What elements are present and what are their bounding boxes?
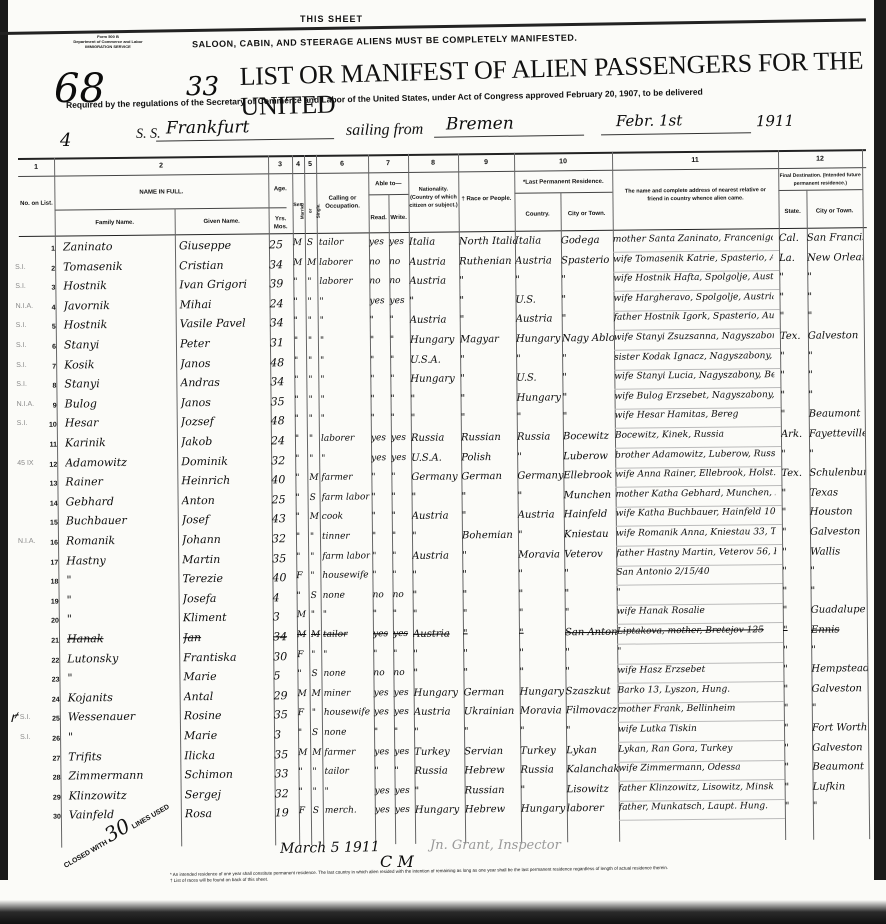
cell-age: 35	[270, 395, 294, 408]
cell-state: "	[780, 350, 808, 361]
manifest-table: 1 2 3 4 5 6 7 8 9 10 11 12 No. on List. …	[18, 149, 873, 848]
cell-relative: mother Santa Zaninato, Francenigo, Itali…	[613, 233, 773, 245]
cell-given: Mihai	[179, 297, 269, 311]
cell-country: U.S.	[516, 372, 562, 383]
cell-write: yes	[394, 688, 414, 698]
cell-relative: Lykan, Ran Gora, Turkey	[618, 743, 778, 755]
cell-family: "	[67, 592, 175, 606]
cell-marital: "	[309, 414, 319, 424]
cell-age: 43	[272, 513, 296, 526]
date-blank	[601, 132, 751, 135]
cell-read: "	[370, 374, 390, 384]
header-relative: The name and complete address of nearest…	[618, 186, 772, 204]
cell-city: Ellebrook	[563, 470, 615, 482]
header-write: Write.	[389, 214, 409, 222]
cell-given: Janos	[180, 356, 270, 370]
inspector-signature: Jn. Grant, Inspector	[430, 838, 561, 853]
cell-write: "	[394, 766, 414, 776]
cell-given: Jakob	[181, 434, 271, 448]
row-number: 15	[44, 520, 58, 527]
cell-dest: Hempstead	[811, 663, 867, 675]
sailing-date: Febr. 1st	[616, 111, 683, 130]
cell-nationality: "	[414, 726, 464, 738]
cell-race: "	[460, 314, 516, 326]
cell-family: Kojanits	[68, 690, 176, 704]
col-number-5: 5	[304, 161, 316, 168]
col-number-9: 9	[458, 159, 514, 167]
cell-nationality: Austria	[409, 256, 459, 268]
header-given-name: Given Name.	[175, 217, 269, 226]
cell-family: Romanik	[66, 533, 174, 547]
cell-write: yes	[391, 433, 411, 443]
cell-relative: wife Stanyi Zsuzsanna, Nagyszabony, Hung…	[614, 331, 774, 343]
cell-read: yes	[375, 786, 395, 796]
cell-family: Lutonsky	[67, 651, 175, 665]
cell-state: Tex.	[780, 331, 808, 342]
cell-write: no	[393, 590, 413, 600]
top-strip-text: THIS SHEET	[300, 14, 363, 24]
header-calling: Calling or Occupation.	[318, 194, 366, 211]
cell-read: "	[372, 511, 392, 521]
cell-sex: "	[293, 277, 305, 287]
cell-occupation: "	[325, 786, 373, 797]
cell-city: Godega	[561, 235, 613, 247]
cell-relative: wife Tomasenik Katrie, Spasterio, Austri…	[613, 253, 773, 265]
cell-nationality: Austria	[413, 628, 463, 640]
row-number: 22	[45, 657, 59, 664]
cell-relative: mother Frank, Bellinheim	[618, 703, 778, 715]
cell-nationality: "	[413, 589, 463, 601]
ship-name: Frankfurt	[166, 117, 250, 138]
cell-family: Wessenauer	[68, 710, 176, 724]
cell-city: "	[562, 392, 614, 404]
cell-marital: M	[312, 747, 322, 757]
cell-city: Munchen	[564, 490, 616, 502]
cell-given: Frantiska	[183, 650, 273, 664]
cell-race: "	[463, 589, 519, 601]
header-state: State.	[779, 208, 807, 216]
cell-state: "	[781, 488, 809, 499]
cell-race: "	[460, 393, 516, 405]
cell-race: "	[463, 628, 519, 640]
cell-nationality: "	[413, 668, 463, 680]
cell-read: no	[369, 257, 389, 267]
cell-city: San Antonio	[565, 627, 617, 639]
cell-country: Austria	[516, 314, 562, 325]
cell-family: Buchbauer	[66, 514, 174, 528]
col-number-1: 1	[18, 164, 54, 171]
cell-race: Polish	[461, 451, 517, 463]
cell-family: Stanyi	[64, 337, 172, 351]
cell-country: "	[518, 529, 564, 540]
cell-sex: F	[297, 650, 309, 660]
cell-marital: "	[313, 787, 323, 797]
cell-occupation: none	[323, 669, 371, 680]
cell-read: "	[372, 492, 392, 502]
cell-nationality: Hungary	[415, 805, 465, 817]
cell-state: "	[780, 370, 808, 381]
cell-country: "	[520, 725, 566, 736]
cell-state: "	[784, 742, 812, 753]
cell-relative: Liptakova, mother, Bretejov 125	[617, 625, 777, 637]
row-number: 16	[44, 540, 58, 547]
margin-note: S.I.	[20, 734, 42, 741]
cell-marital: "	[308, 355, 318, 365]
cell-race: "	[464, 726, 520, 738]
cell-marital: S	[311, 591, 321, 601]
cell-family: Javornik	[63, 298, 171, 312]
cell-city: "	[561, 294, 613, 306]
cell-age: 32	[275, 787, 299, 800]
cell-city: "	[565, 607, 617, 619]
cell-city: Kalanchak	[566, 764, 618, 776]
cell-city: "	[562, 352, 614, 364]
cell-sex: M	[293, 258, 305, 268]
cell-occupation: "	[319, 296, 367, 307]
cell-sex: "	[294, 316, 306, 326]
cell-state: "	[780, 311, 808, 322]
cell-sex: "	[294, 375, 306, 385]
cell-given: Ivan Grigori	[179, 278, 269, 292]
row-number: 29	[47, 794, 61, 801]
cell-age: 25	[272, 493, 296, 506]
cell-state: "	[781, 409, 809, 420]
cell-dest: "	[811, 644, 867, 656]
header-name-in-full: NAME IN FULL.	[54, 187, 268, 197]
cell-dest: Galveston	[808, 330, 864, 342]
cell-write: no	[389, 257, 409, 267]
cell-write: "	[390, 354, 410, 364]
cell-country: Hungary	[520, 686, 566, 697]
cell-age: 35	[274, 748, 298, 761]
cell-given: Janos	[181, 395, 271, 409]
cell-write: "	[392, 550, 412, 560]
cell-family: Hanak	[67, 631, 175, 645]
cell-race: "	[462, 491, 518, 503]
cell-marital: "	[307, 277, 317, 287]
cell-country: "	[519, 608, 565, 619]
cell-family: Kosik	[64, 357, 172, 371]
cell-country: Russia	[520, 764, 566, 775]
cell-dest: Texas	[809, 487, 865, 499]
margin-note: 45 IX	[17, 459, 39, 466]
cell-age: 39	[269, 277, 293, 290]
cell-nationality: Hungary	[410, 334, 460, 346]
cell-sex: "	[296, 552, 308, 562]
cell-marital: S	[307, 238, 317, 248]
cell-occupation: housewife	[324, 708, 372, 719]
cell-race: North Italian	[459, 236, 515, 248]
cell-race: "	[462, 510, 518, 522]
cell-write: "	[390, 394, 410, 404]
cell-age: 5	[273, 669, 297, 682]
cell-occupation: laborer	[319, 277, 367, 288]
cell-state: "	[784, 762, 812, 773]
cell-dest: "	[808, 350, 864, 362]
cell-dest: Houston	[810, 507, 866, 519]
cell-relative: "	[617, 645, 777, 657]
cell-marital: "	[308, 395, 318, 405]
cell-dest: Ennis	[811, 624, 867, 636]
cell-given: Heinrich	[181, 474, 271, 488]
row-number: 19	[45, 598, 59, 605]
relative-rule	[619, 818, 785, 821]
cell-occupation: none	[324, 727, 372, 738]
cell-relative: wife Hargheravo, Spolgolje, Austria	[613, 292, 773, 304]
cell-family: "	[67, 671, 175, 685]
sailing-year: 1911	[756, 112, 794, 131]
cell-occupation: "	[323, 649, 371, 660]
sailing-label: sailing from	[346, 121, 423, 140]
cell-sex: M	[297, 630, 309, 640]
cell-read: no	[373, 590, 393, 600]
departure-port: Bremen	[446, 114, 514, 135]
cell-dest: "	[808, 369, 864, 381]
cell-race: "	[462, 549, 518, 561]
cell-read: "	[371, 472, 391, 482]
cell-relative: wife Hesar Hamitas, Bereg	[615, 409, 775, 421]
cell-read: "	[370, 394, 390, 404]
cell-sex: "	[296, 512, 308, 522]
cell-city: laborer	[567, 803, 619, 815]
row-number: 6	[42, 344, 56, 351]
cell-given: Giuseppe	[179, 238, 269, 252]
cell-state: "	[782, 546, 810, 557]
cell-age: 48	[271, 415, 295, 428]
col-number-12: 12	[778, 155, 862, 163]
cell-race: Servian	[464, 745, 520, 757]
cell-read: "	[370, 355, 390, 365]
cell-city: Spasterio	[561, 254, 613, 266]
cell-given: Ilicka	[184, 748, 274, 762]
cell-read: "	[370, 335, 390, 345]
cell-race: Magyar	[460, 334, 516, 346]
cell-write: "	[392, 511, 412, 521]
cell-country: Germany	[517, 470, 563, 481]
cell-write: yes	[389, 237, 409, 247]
margin-note: S.I.	[17, 420, 39, 427]
cell-relative: "	[617, 586, 777, 598]
cell-nationality: "	[411, 413, 461, 425]
cell-read: "	[374, 727, 394, 737]
cell-dest: Fort Worth	[812, 722, 868, 734]
col-number-8: 8	[408, 159, 458, 167]
cell-age: 35	[274, 708, 298, 721]
cell-state: "	[784, 684, 812, 695]
cell-country: "	[517, 451, 563, 462]
cell-sex: "	[295, 434, 307, 444]
cell-country: "	[519, 647, 565, 658]
cell-occupation: farmer	[321, 473, 369, 484]
cell-given: Andras	[180, 376, 270, 390]
cell-city: Hainfeld	[564, 509, 616, 521]
cell-family: Gebhard	[66, 494, 174, 508]
col-number-6: 6	[316, 160, 368, 168]
cell-nationality: "	[412, 491, 462, 503]
cell-sex: M	[297, 610, 309, 620]
cell-given: Dominik	[181, 454, 271, 468]
cell-state: "	[785, 801, 813, 812]
cell-city: "	[565, 588, 617, 600]
cell-read: "	[371, 414, 391, 424]
header-read: Read.	[369, 214, 389, 222]
cell-marital: M	[312, 689, 322, 699]
cell-sex: "	[297, 591, 309, 601]
ship-blank	[156, 138, 334, 141]
cell-marital: "	[309, 453, 319, 463]
cell-marital: "	[310, 532, 320, 542]
cell-dest: "	[812, 703, 868, 715]
cell-write: yes	[394, 746, 414, 756]
row-number: 8	[42, 383, 56, 390]
header-age: Age.	[268, 185, 292, 193]
cell-marital: S	[311, 669, 321, 679]
cell-read: yes	[371, 453, 391, 463]
cell-relative: Bocewitz, Kinek, Russia	[615, 429, 775, 441]
cell-given: Peter	[180, 336, 270, 350]
cell-dest: Galveston	[810, 526, 866, 538]
cell-dest: "	[810, 565, 866, 577]
cell-state: La.	[779, 252, 807, 263]
header-city: City or Town.	[561, 210, 613, 219]
cell-age: 40	[271, 473, 295, 486]
cell-age: 29	[274, 689, 298, 702]
cell-family: Hastny	[66, 553, 174, 567]
cell-read: no	[373, 668, 393, 678]
cell-relative: wife Hanak Rosalie	[617, 605, 777, 617]
cell-age: 34	[273, 630, 297, 643]
cell-country: Moravia	[518, 549, 564, 560]
row-number: 23	[45, 677, 59, 684]
header-family-name: Family Name.	[55, 218, 175, 227]
cell-state: Tex.	[781, 468, 809, 479]
cell-age: 33	[274, 767, 298, 780]
cell-dest: "	[811, 585, 867, 597]
cell-family: Hostnik	[64, 318, 172, 332]
cell-nationality: U.S.A.	[411, 452, 461, 464]
cell-read: yes	[375, 805, 395, 815]
cell-marital: "	[310, 571, 320, 581]
cell-race: German	[464, 687, 520, 699]
cell-family: "	[66, 573, 174, 587]
row-number: 9	[43, 402, 57, 409]
cell-read: "	[370, 316, 390, 326]
cell-given: Rosine	[184, 709, 274, 723]
cell-nationality: "	[412, 570, 462, 582]
cell-state: Ark.	[781, 429, 809, 440]
cell-country: "	[519, 588, 565, 599]
cell-state: "	[782, 507, 810, 518]
cell-dest: New Orleans	[807, 252, 863, 264]
cell-dest: Schulenburg	[809, 467, 865, 479]
cell-marital: "	[308, 336, 318, 346]
cell-occupation: merch.	[325, 806, 373, 817]
cell-write: "	[390, 335, 410, 345]
cell-city: "	[562, 313, 614, 325]
cell-sex: "	[294, 356, 306, 366]
cell-nationality: Austria	[414, 707, 464, 719]
cell-sex: "	[299, 787, 311, 797]
cell-race: Bohemian	[462, 530, 518, 542]
cell-city: "	[561, 274, 613, 286]
cell-relative: father Hastny Martin, Veterov 56, Hungar…	[616, 547, 776, 559]
cell-given: Rosa	[185, 807, 275, 821]
cell-sex: "	[295, 414, 307, 424]
cell-given: Anton	[182, 493, 272, 507]
cell-relative: San Antonio 2/15/40	[616, 566, 776, 578]
cell-occupation: cook	[322, 512, 370, 523]
cell-occupation: tailor	[319, 237, 367, 248]
side-margin-mark: ꝵ	[10, 708, 17, 727]
cell-relative: wife Lutka Tiskin	[618, 723, 778, 735]
port-blank	[434, 135, 584, 138]
cell-nationality: "	[410, 393, 460, 405]
cell-read: no	[369, 276, 389, 286]
cell-country: "	[519, 666, 565, 677]
cell-relative: father, Munkatsch, Laupt. Hung.	[619, 801, 779, 813]
margin-note: S.I.	[15, 283, 37, 290]
cell-occupation: miner	[324, 688, 372, 699]
cell-sex: F	[298, 708, 310, 718]
cell-occupation: housewife	[322, 571, 370, 582]
cell-write: "	[392, 492, 412, 502]
cell-city: Filmovacz	[566, 705, 618, 717]
cell-age: 19	[275, 806, 299, 819]
cell-write: yes	[391, 452, 411, 462]
cell-country: "	[516, 353, 562, 364]
cell-occupation: "	[320, 375, 368, 386]
cell-race: "	[459, 295, 515, 307]
cell-sex: "	[294, 336, 306, 346]
cell-occupation: laborer	[321, 433, 369, 444]
cell-family: Zimmermann	[68, 769, 176, 783]
cell-country: "	[515, 275, 561, 286]
margin-note: S.I.	[15, 263, 37, 270]
cell-given: Antal	[184, 689, 274, 703]
row-number: 24	[46, 696, 60, 703]
cell-age: 24	[271, 434, 295, 447]
cell-city: "	[565, 646, 617, 658]
cell-sex: F	[296, 571, 308, 581]
cell-age: 24	[269, 297, 293, 310]
cell-occupation: "	[320, 355, 368, 366]
cell-relative: mother Katha Gebhard, Munchen, Haidhause…	[616, 488, 776, 500]
cell-city: Bocewitz	[563, 431, 615, 443]
cell-age: 30	[273, 650, 297, 663]
cell-relative: wife Katha Buchbauer, Hainfeld 100, Lili…	[616, 507, 776, 519]
cell-country: Austria	[515, 255, 561, 266]
cell-sex: "	[295, 454, 307, 464]
cell-write: "	[391, 413, 411, 423]
cell-family: Tomasenik	[63, 259, 171, 273]
cell-write: yes	[394, 707, 414, 717]
row-number: 3	[41, 285, 55, 292]
cell-write: "	[393, 609, 413, 619]
cell-write: yes	[395, 805, 415, 815]
cell-write: "	[390, 315, 410, 325]
header-country: Country.	[515, 210, 561, 218]
cell-city: "	[563, 411, 615, 423]
cell-race: German	[461, 471, 517, 483]
cell-age: 3	[273, 610, 297, 623]
cell-relative: wife Hasz Erzsebet	[617, 664, 777, 676]
row-number: 21	[45, 638, 59, 645]
cell-marital: S	[313, 806, 323, 816]
row-number: 14	[44, 500, 58, 507]
cell-marital: "	[311, 649, 321, 659]
cell-age: 32	[271, 454, 295, 467]
cell-occupation: "	[323, 610, 371, 621]
